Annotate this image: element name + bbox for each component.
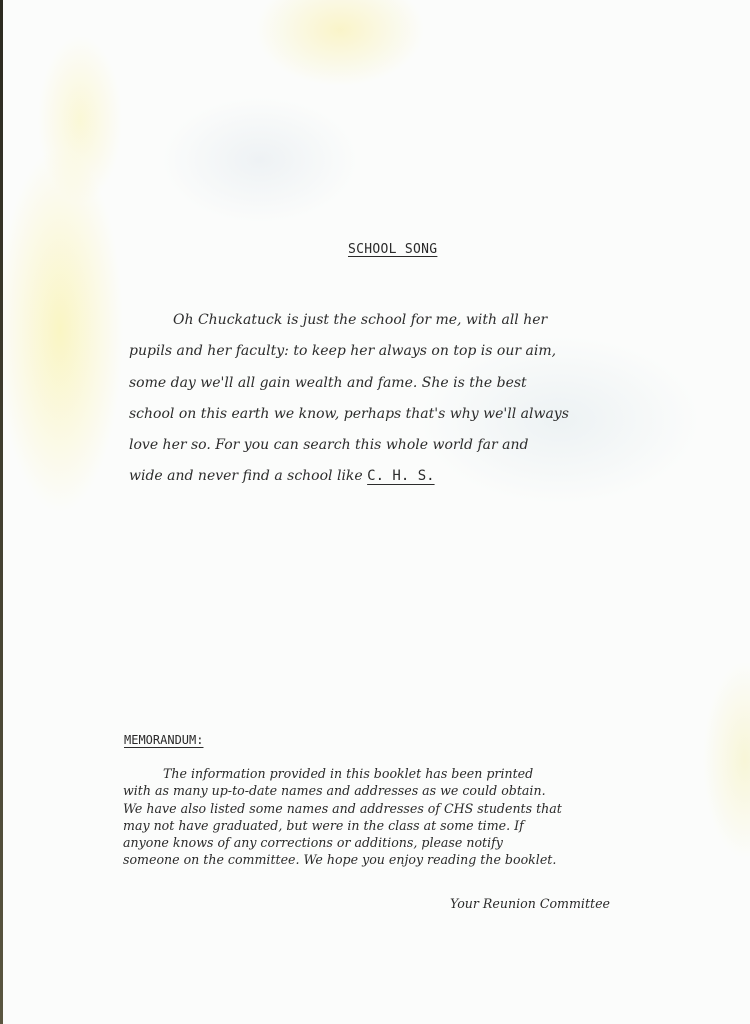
song-line: school on this earth we know, perhaps th… <box>129 399 629 430</box>
memo-line: The information provided in this booklet… <box>123 765 653 782</box>
scan-edge <box>0 0 3 1024</box>
memo-line: We have also listed some names and addre… <box>123 800 653 817</box>
song-title: SCHOOL SONG <box>348 242 437 257</box>
document-page: SCHOOL SONG Oh Chuckatuck is just the sc… <box>0 0 750 1024</box>
song-line: some day we'll all gain wealth and fame.… <box>129 368 629 399</box>
signature: Your Reunion Committee <box>450 896 610 911</box>
memo-line: may not have graduated, but were in the … <box>123 817 653 834</box>
memorandum-heading: MEMORANDUM: <box>124 733 203 747</box>
memo-line: with as many up-to-date names and addres… <box>123 782 653 799</box>
song-lyrics: Oh Chuckatuck is just the school for me,… <box>129 305 629 493</box>
song-line: pupils and her faculty: to keep her alwa… <box>129 336 629 367</box>
song-line: Oh Chuckatuck is just the school for me,… <box>129 305 629 336</box>
song-line: love her so. For you can search this who… <box>129 430 629 461</box>
school-initials: C. H. S. <box>367 468 434 484</box>
song-line-text: wide and never find a school like <box>129 468 367 484</box>
memo-line: anyone knows of any corrections or addit… <box>123 834 653 851</box>
memo-line: someone on the committee. We hope you en… <box>123 851 653 868</box>
memorandum-body: The information provided in this booklet… <box>123 765 653 869</box>
song-line-last: wide and never find a school like C. H. … <box>129 461 629 492</box>
